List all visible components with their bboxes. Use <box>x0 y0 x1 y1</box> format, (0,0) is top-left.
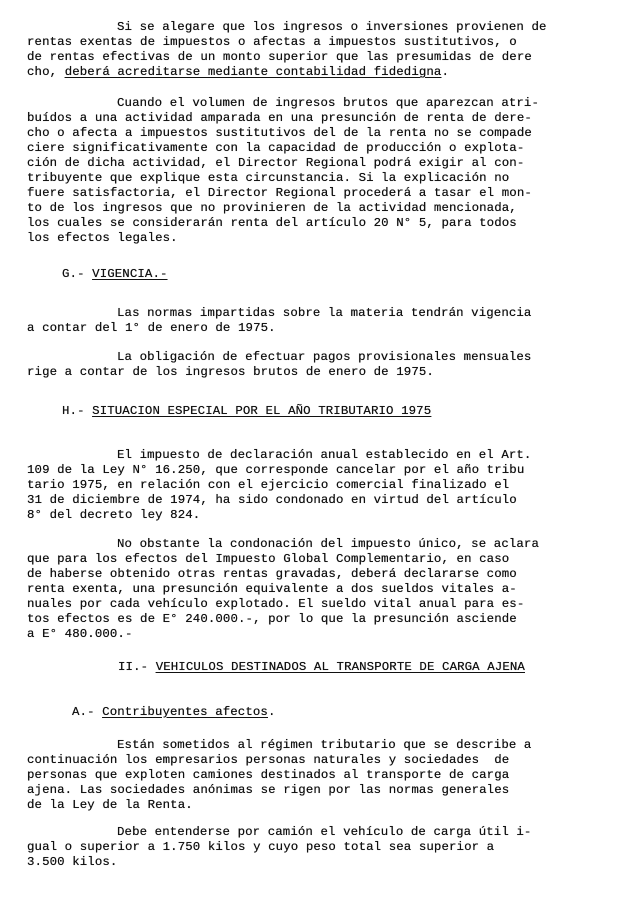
underlined-text: deberá acreditarse mediante contabilidad… <box>65 65 442 79</box>
paragraph-line: rige a contar de los ingresos brutos de … <box>27 365 434 380</box>
paragraph-line: El impuesto de declaración anual estable… <box>117 448 531 463</box>
section-heading-ii: II.- VEHICULOS DESTINADOS AL TRANSPORTE … <box>118 660 525 675</box>
paragraph-line: cho o afecta a impuestos sustitutivos de… <box>27 126 532 141</box>
paragraph-line: tos efectos es de E° 240.000.-, por lo q… <box>27 612 517 627</box>
paragraph-line: 109 de la Ley N° 16.250, que corresponde… <box>27 463 524 478</box>
paragraph-line: Debe entenderse por camión el vehículo d… <box>117 825 531 840</box>
paragraph-line: ciere significativamente con la capacida… <box>27 141 524 156</box>
paragraph-line: los efectos legales. <box>27 231 178 246</box>
paragraph-line: La obligación de efectuar pagos provisio… <box>117 350 531 365</box>
paragraph-line: cho, deberá acreditarse mediante contabi… <box>27 65 449 80</box>
section-prefix: II.- <box>118 660 156 674</box>
paragraph-line: buídos a una actividad amparada en una p… <box>27 111 532 126</box>
paragraph-line: que para los efectos del Impuesto Global… <box>27 552 509 567</box>
document-page: Si se alegare que los ingresos o inversi… <box>0 0 630 899</box>
section-heading-h: H.- SITUACION ESPECIAL POR EL AÑO TRIBUT… <box>62 404 431 419</box>
paragraph-line: Cuando el volumen de ingresos brutos que… <box>117 96 539 111</box>
paragraph-line: ción de dicha actividad, el Director Reg… <box>27 156 524 171</box>
subsection-heading-a: A.- Contribuyentes afectos. <box>72 705 276 720</box>
text: cho, <box>27 65 65 79</box>
paragraph-line: 31 de diciembre de 1974, ha sido condona… <box>27 493 517 508</box>
paragraph-line: gual o superior a 1.750 kilos y cuyo pes… <box>27 840 494 855</box>
paragraph-line: rentas exentas de impuestos o afectas a … <box>27 35 517 50</box>
subsection-prefix: A.- <box>72 705 102 719</box>
paragraph-line: ajena. Las sociedades anónimas se rigen … <box>27 783 509 798</box>
paragraph-line: de haberse obtenido otras rentas gravada… <box>27 567 517 582</box>
subsection-title: Contribuyentes afectos <box>102 705 268 719</box>
section-prefix: H.- <box>62 404 92 418</box>
paragraph-line: renta exenta, una presunción equivalente… <box>27 582 517 597</box>
paragraph-line: No obstante la condonación del impuesto … <box>117 537 539 552</box>
paragraph-line: 3.500 kilos. <box>27 855 117 870</box>
text: . <box>268 705 276 719</box>
paragraph-line: los cuales se considerarán renta del art… <box>27 216 517 231</box>
paragraph-line: Las normas impartidas sobre la materia t… <box>117 306 531 321</box>
paragraph-line: de rentas efectivas de un monto superior… <box>27 50 532 65</box>
section-title: VEHICULOS DESTINADOS AL TRANSPORTE DE CA… <box>156 660 525 674</box>
paragraph-line: personas que exploten camiones destinado… <box>27 768 509 783</box>
paragraph-line: 8° del decreto ley 824. <box>27 508 200 523</box>
paragraph-line: a contar del 1° de enero de 1975. <box>27 321 276 336</box>
paragraph-line: continuación los empresarios personas na… <box>27 753 509 768</box>
paragraph-line: Están sometidos al régimen tributario qu… <box>117 738 531 753</box>
section-title: SITUACION ESPECIAL POR EL AÑO TRIBUTARIO… <box>92 404 431 418</box>
section-prefix: G.- <box>62 267 92 281</box>
paragraph-line: fuere satisfactoria, el Director Regiona… <box>27 186 532 201</box>
paragraph-line: Si se alegare que los ingresos o inversi… <box>117 20 547 35</box>
section-title: VIGENCIA.- <box>92 267 167 281</box>
paragraph-line: nuales por cada vehículo explotado. El s… <box>27 597 524 612</box>
paragraph-line: tribuyente que explique esta circunstanc… <box>27 171 509 186</box>
paragraph-line: a E° 480.000.- <box>27 627 133 642</box>
paragraph-line: de la Ley de la Renta. <box>27 798 193 813</box>
section-heading-g: G.- VIGENCIA.- <box>62 267 168 282</box>
paragraph-line: tario 1975, en relación con el ejercicio… <box>27 478 509 493</box>
paragraph-line: to de los ingresos que no provinieren de… <box>27 201 517 216</box>
text: . <box>441 65 449 79</box>
